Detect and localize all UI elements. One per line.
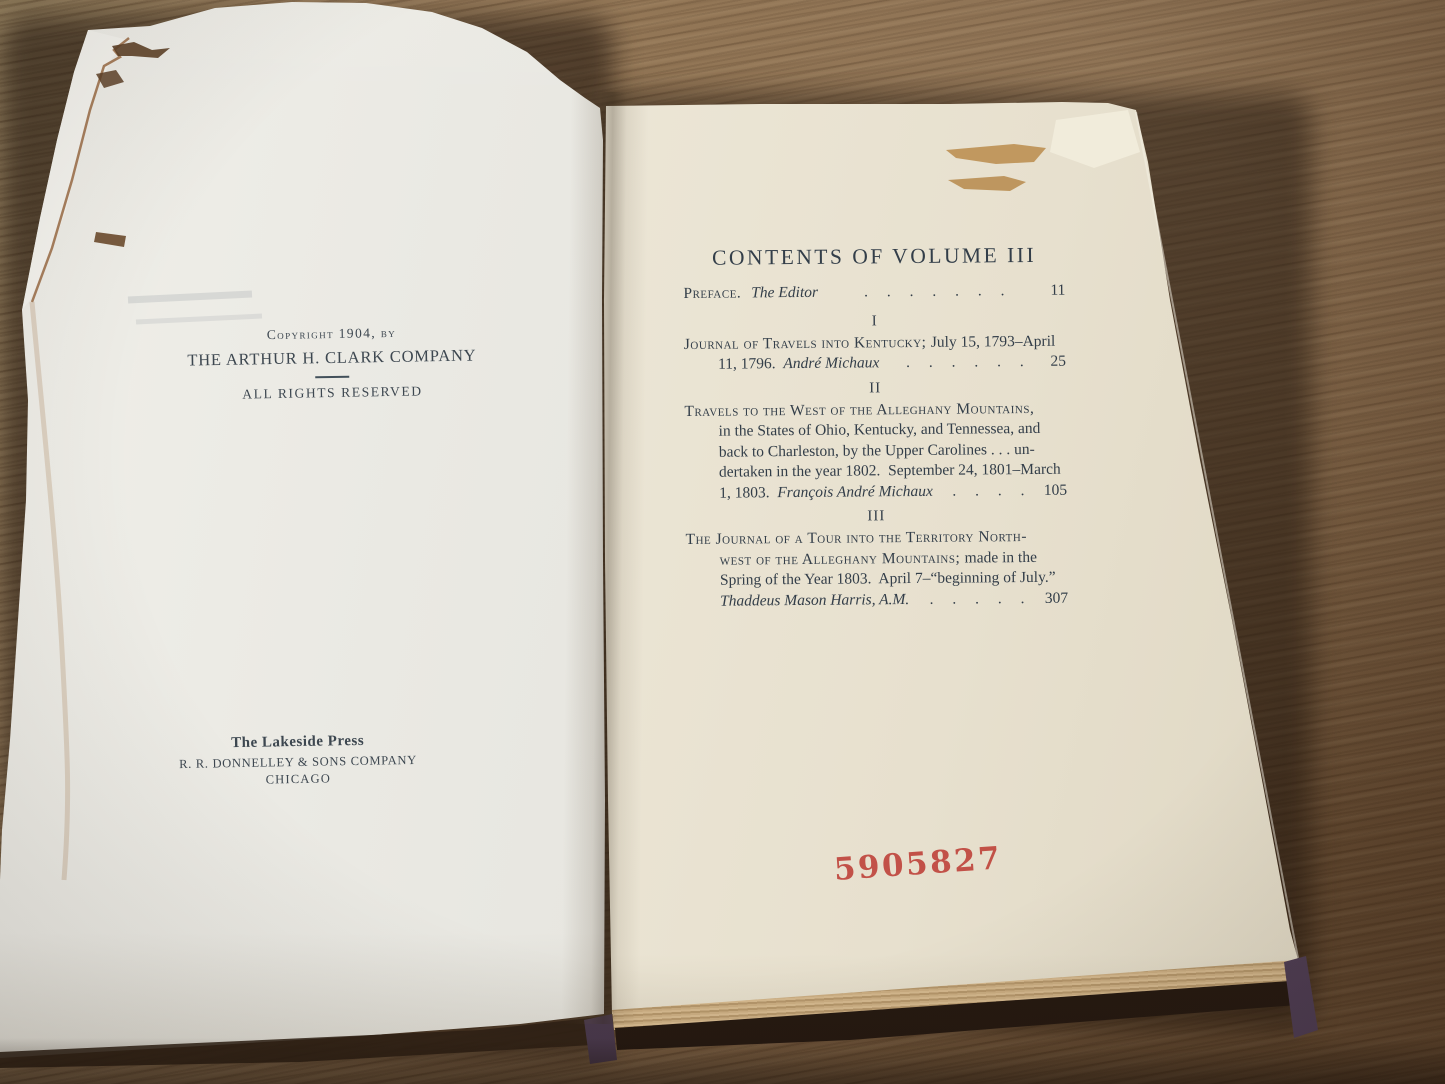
toc-entry-preface: Preface. The Editor . . . . . . . 11 <box>683 281 1065 305</box>
publisher-name: THE ARTHUR H. CLARK COMPANY <box>162 345 502 371</box>
dot-leader: . . . . . . <box>879 352 1050 374</box>
dot-leader: . . . . <box>933 480 1044 501</box>
entry-text: in the States of Ohio, Kentucky, and Ten… <box>719 419 1041 442</box>
preface-label: Preface. <box>683 283 741 304</box>
page-number: 11 <box>1050 281 1065 302</box>
book-photo: Copyright 1904, by THE ARTHUR H. CLARK C… <box>0 0 1445 1084</box>
section-numeral: II <box>684 377 1066 399</box>
entry-text: Spring of the Year 1803. April 7–“beginn… <box>720 568 1056 591</box>
entry-author: André Michaux <box>783 353 879 374</box>
dot-leader: . . . . . . . <box>818 281 1051 304</box>
entry-author: Thaddeus Mason Harris, A.M. <box>720 590 909 612</box>
accession-stamp: 5905827 <box>833 840 1004 888</box>
page-number: 25 <box>1050 352 1066 373</box>
copyright-block: Copyright 1904, by THE ARTHUR H. CLARK C… <box>161 323 502 403</box>
press-name: The Lakeside Press <box>148 731 448 753</box>
entry-dates: 11, 1796. <box>718 354 783 375</box>
preface-author: The Editor <box>741 283 818 304</box>
entry-author: François André Michaux <box>777 481 933 503</box>
entry-title: Journal of Travels into Kentucky; <box>684 332 931 355</box>
entry-text: made in the <box>965 547 1037 568</box>
page-number: 307 <box>1045 588 1068 609</box>
toc-entry-line: 11, 1796. André Michaux . . . . . . 25 <box>684 352 1066 376</box>
copyright-line: Copyright 1904, by <box>161 323 501 345</box>
toc-content: CONTENTS OF VOLUME III Preface. The Edit… <box>683 243 1068 612</box>
press-city: CHICAGO <box>148 769 448 789</box>
toc-entry-line: Thaddeus Mason Harris, A.M. . . . . . 30… <box>686 588 1068 612</box>
section-numeral: I <box>684 310 1066 332</box>
entry-title: west of the Alleghany Mountains; <box>720 548 965 571</box>
rights-line: ALL RIGHTS RESERVED <box>162 382 502 404</box>
section-numeral: III <box>685 506 1067 528</box>
entry-dates: July 15, 1793–April <box>931 331 1056 353</box>
dot-leader: . . . . . <box>909 588 1045 610</box>
page-number: 105 <box>1044 480 1067 501</box>
toc-entry-line: 1, 1803. François André Michaux . . . . … <box>685 480 1067 504</box>
entry-dates: 1, 1803. <box>719 483 777 504</box>
divider-rule <box>315 376 349 378</box>
page-title: CONTENTS OF VOLUME III <box>683 243 1065 271</box>
printer-block: The Lakeside Press R. R. DONNELLEY & SON… <box>148 731 449 789</box>
entry-text: back to Charleston, by the Upper Carolin… <box>719 439 1035 462</box>
